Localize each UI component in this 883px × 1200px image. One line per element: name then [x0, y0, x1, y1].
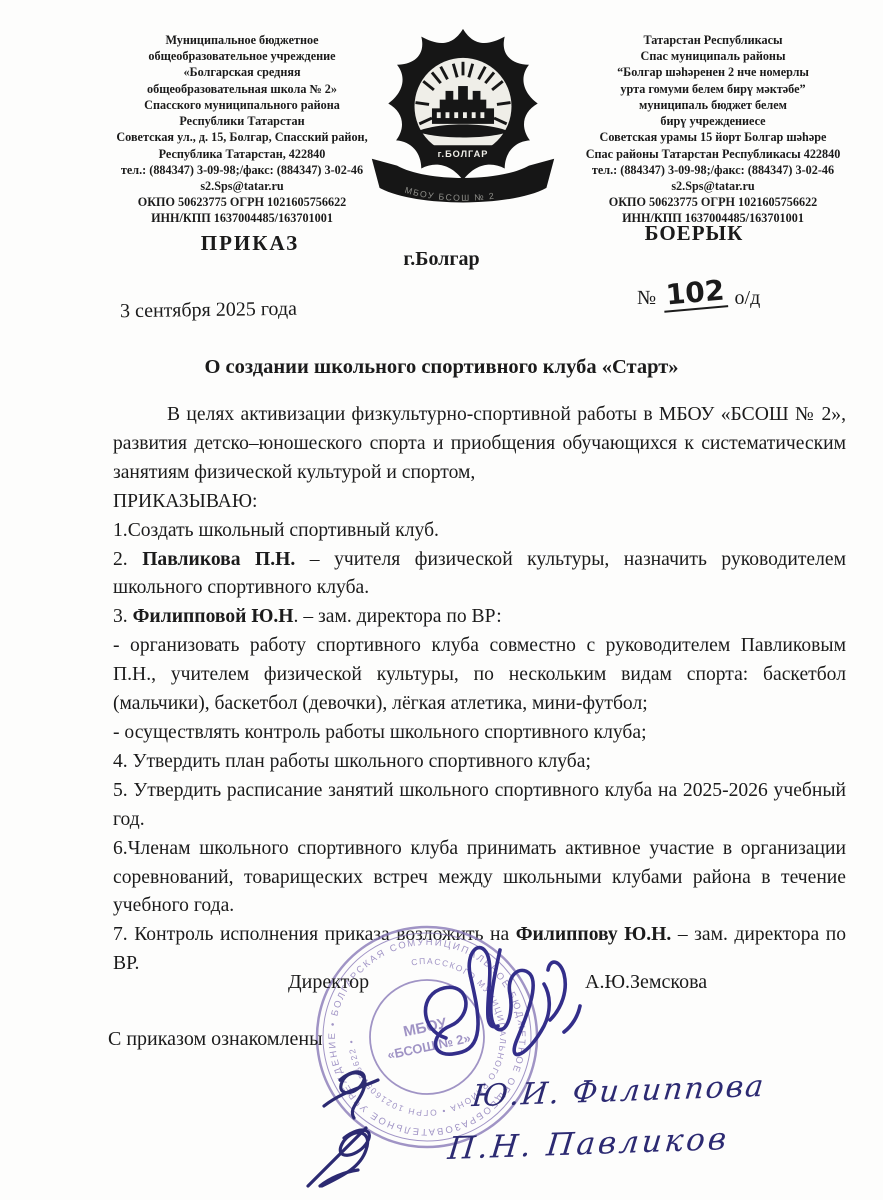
paragraph-text: 5. Утвердить расписание занятий школьног…: [113, 780, 846, 830]
scanned-order-document: Муниципальное бюджетное общеобразователь…: [0, 0, 883, 1200]
org-line: тел.: (884347) 3-09-98;/факс: (884347) 3…: [92, 162, 392, 178]
org-email: s2.Sps@tatar.ru: [552, 178, 874, 194]
org-email: s2.Sps@tatar.ru: [92, 178, 392, 194]
person-name: Павликова П.Н.: [142, 549, 295, 570]
org-line: ИНН/КПП 1637004485/163701001: [92, 210, 392, 226]
order-date: 3 сентября 2025 года: [120, 298, 297, 323]
org-line: ОКПО 50623775 ОГРН 1021605756622: [92, 194, 392, 210]
order-city: г.Болгар: [0, 248, 883, 271]
paragraph-text: В целях активизации физкультурно-спортив…: [113, 404, 846, 483]
order-number-handwritten: 102: [662, 276, 729, 312]
person-name: Филипповой Ю.Н: [133, 606, 294, 627]
paragraph-text: ПРИКАЗЫВАЮ:: [113, 491, 257, 512]
org-line: муниципаль бюджет белем: [552, 97, 874, 113]
order-body: В целях активизации физкультурно-спортив…: [113, 401, 846, 979]
order-number-suffix: о/д: [735, 287, 761, 310]
order-item-1: 1.Создать школьный спортивный клуб.: [113, 517, 846, 546]
order-subitem: - организовать работу спортивного клуба …: [113, 632, 846, 719]
org-line: Советская ул., д. 15, Болгар, Спасский р…: [92, 129, 392, 145]
emblem-city-label: г.БОЛГАР: [438, 149, 489, 159]
org-line: общеобразовательная школа № 2»: [92, 81, 392, 97]
org-line: Спас муниципаль районы: [552, 48, 874, 64]
paragraph-text: 3.: [113, 606, 133, 627]
paragraph-text: 2.: [113, 549, 142, 570]
director-label: Директор: [288, 971, 369, 994]
org-line: Республики Татарстан: [92, 113, 392, 129]
school-emblem-icon: г.БОЛГАР МБОУ БСОШ № 2: [366, 20, 560, 220]
org-line: “Болгар шәһәренен 2 нче номерлы: [552, 64, 874, 80]
org-line: Спасского муниципального района: [92, 97, 392, 113]
paragraph-text: 1.Создать школьный спортивный клуб.: [113, 520, 439, 541]
order-number-prefix: №: [637, 287, 656, 310]
paragraph-text: . – зам. директора по ВР:: [294, 606, 502, 627]
order-paragraph: ПРИКАЗЫВАЮ:: [113, 488, 846, 517]
org-line: ОКПО 50623775 ОГРН 1021605756622: [552, 194, 874, 210]
order-subject: О создании школьного спортивного клуба «…: [0, 356, 883, 379]
paragraph-text: 4. Утвердить план работы школьного спорт…: [113, 751, 591, 772]
paragraph-text: 6.Членам школьного спортивного клуба при…: [113, 838, 846, 917]
org-line: Спас районы Татарстан Республикасы 42284…: [552, 146, 874, 162]
org-line: Муниципальное бюджетное: [92, 32, 392, 48]
org-line: урта гомуми белем бирү мәктәбе”: [552, 81, 874, 97]
paragraph-text: - осуществлять контроль работы школьного…: [113, 722, 647, 743]
letterhead-tatar: Татарстан Республикасы Спас муниципаль р…: [552, 32, 874, 227]
order-item-4: 4. Утвердить план работы школьного спорт…: [113, 748, 846, 777]
org-line: тел.: (884347) 3-09-98;/факс: (884347) 3…: [552, 162, 874, 178]
director-name: А.Ю.Земскова: [585, 971, 707, 994]
org-line: Советская урамы 15 йорт Болгар шәһәре: [552, 129, 874, 145]
org-line: «Болгарская средняя: [92, 64, 392, 80]
order-item-2: 2. Павликова П.Н. – учителя физической к…: [113, 546, 846, 604]
org-line: общеобразовательное учреждение: [92, 48, 392, 64]
org-line: Республика Татарстан, 422840: [92, 146, 392, 162]
acknowledgment-signatures: [296, 1058, 446, 1200]
order-number: № 102 о/д: [637, 279, 760, 310]
order-paragraph: В целях активизации физкультурно-спортив…: [113, 401, 846, 488]
org-line: бирү учреждениесе: [552, 113, 874, 129]
order-item-3: 3. Филипповой Ю.Н. – зам. директора по В…: [113, 603, 846, 632]
director-signature: [412, 910, 592, 1078]
order-subitem: - осуществлять контроль работы школьного…: [113, 719, 846, 748]
order-title-tatar: БОЕРЫК: [598, 221, 790, 246]
acknowledged-label: С приказом ознакомлены: [108, 1028, 323, 1051]
order-item-5: 5. Утвердить расписание занятий школьног…: [113, 777, 846, 835]
paragraph-text: - организовать работу спортивного клуба …: [113, 635, 846, 714]
org-line: Татарстан Республикасы: [552, 32, 874, 48]
letterhead-russian: Муниципальное бюджетное общеобразователь…: [92, 32, 392, 227]
